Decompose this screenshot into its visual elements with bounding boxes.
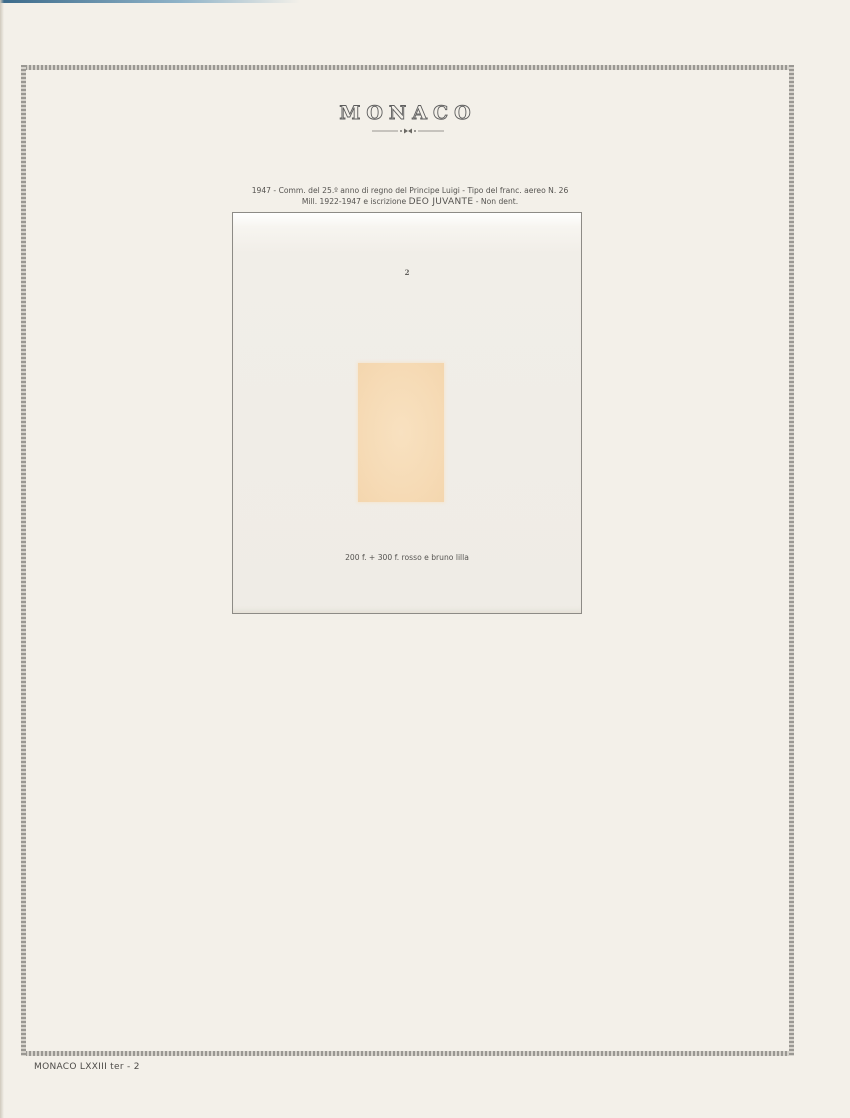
title-ornament-icon — [372, 127, 444, 135]
border-top — [21, 65, 794, 70]
stamp-image[interactable] — [358, 363, 444, 502]
description-line-2-prefix: Mill. 1922-1947 e iscrizione — [302, 197, 409, 206]
page-title: MONACO — [0, 102, 816, 124]
scan-top-edge — [0, 0, 300, 3]
issue-description: 1947 - Comm. del 25.º anno di regno del … — [220, 185, 600, 208]
stamp-mount[interactable]: 2 200 f. + 300 f. rosso e bruno lilla — [232, 212, 582, 614]
page-footer-label: MONACO LXXIII ter - 2 — [34, 1062, 140, 1072]
border-right — [789, 65, 794, 1056]
description-line-2-suffix: - Non dent. — [473, 197, 518, 206]
scan-left-edge — [0, 0, 4, 1118]
description-line-2: Mill. 1922-1947 e iscrizione DEO JUVANTE… — [220, 196, 600, 208]
description-line-1: 1947 - Comm. del 25.º anno di regno del … — [220, 185, 600, 196]
description-inscription: DEO JUVANTE — [409, 197, 474, 207]
border-bottom — [21, 1051, 794, 1056]
border-left — [21, 65, 26, 1056]
stamp-number: 2 — [233, 268, 581, 277]
stamp-caption: 200 f. + 300 f. rosso e bruno lilla — [233, 553, 581, 562]
